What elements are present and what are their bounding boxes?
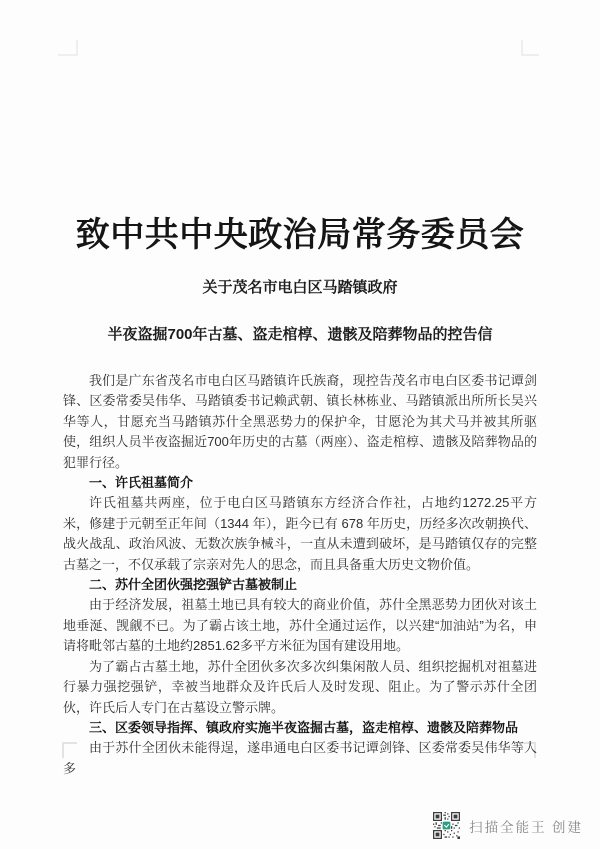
letter-body: 我们是广东省茂名市电白区马踏镇许氏族裔，现控告茂名市电白区委书记谭剑锋、区委常委… (63, 371, 537, 779)
letter-addressee-line: 关于茂名市电白区马踏镇政府 (63, 278, 537, 298)
letter-content: 致中共中央政治局常务委员会 关于茂名市电白区马踏镇政府 半夜盗掘700年古墓、盗… (63, 0, 537, 779)
paragraph-excavation-stopped: 为了霸占古墓土地，苏什全团伙多次多次纠集闲散人员、组织挖掘机对祖墓进行暴力强挖强… (63, 657, 537, 718)
paragraph-land-value: 由于经济发展，祖墓土地已具有较大的商业价值，苏什全黑恶势力团伙对该土地垂涎、觊觎… (63, 595, 537, 656)
paragraph-intro: 我们是广东省茂名市电白区马踏镇许氏族裔，现控告茂名市电白区委书记谭剑锋、区委常委… (63, 371, 537, 473)
section-heading-1: 一、许氏祖墓简介 (63, 473, 537, 493)
section-heading-2: 二、苏什全团伙强挖强铲古墓被制止 (63, 575, 537, 595)
letter-subject-line: 半夜盗掘700年古墓、盗走棺椁、遗骸及陪葬物品的控告信 (63, 325, 537, 345)
paragraph-collusion: 由于苏什全团伙未能得逞，遂串通电白区委书记谭剑锋、区委常委吴伟华等人多 (63, 738, 537, 779)
camscanner-watermark: 扫描全能王 创建 (433, 812, 583, 839)
section-heading-3: 三、区委领导指挥、镇政府实施半夜盗掘古墓，盗走棺椁、遗骸及陪葬物品 (63, 718, 537, 738)
paragraph-tomb-overview: 许氏祖墓共两座，位于电白区马踏镇东方经济合作社，占地约1272.25平方米，修建… (63, 493, 537, 575)
camscanner-qr-icon (433, 812, 460, 839)
camscanner-watermark-text: 扫描全能王 创建 (469, 816, 583, 836)
scanned-letter-page: 致中共中央政治局常务委员会 关于茂名市电白区马踏镇政府 半夜盗掘700年古墓、盗… (0, 0, 600, 849)
letter-title: 致中共中央政治局常务委员会 (63, 0, 537, 256)
